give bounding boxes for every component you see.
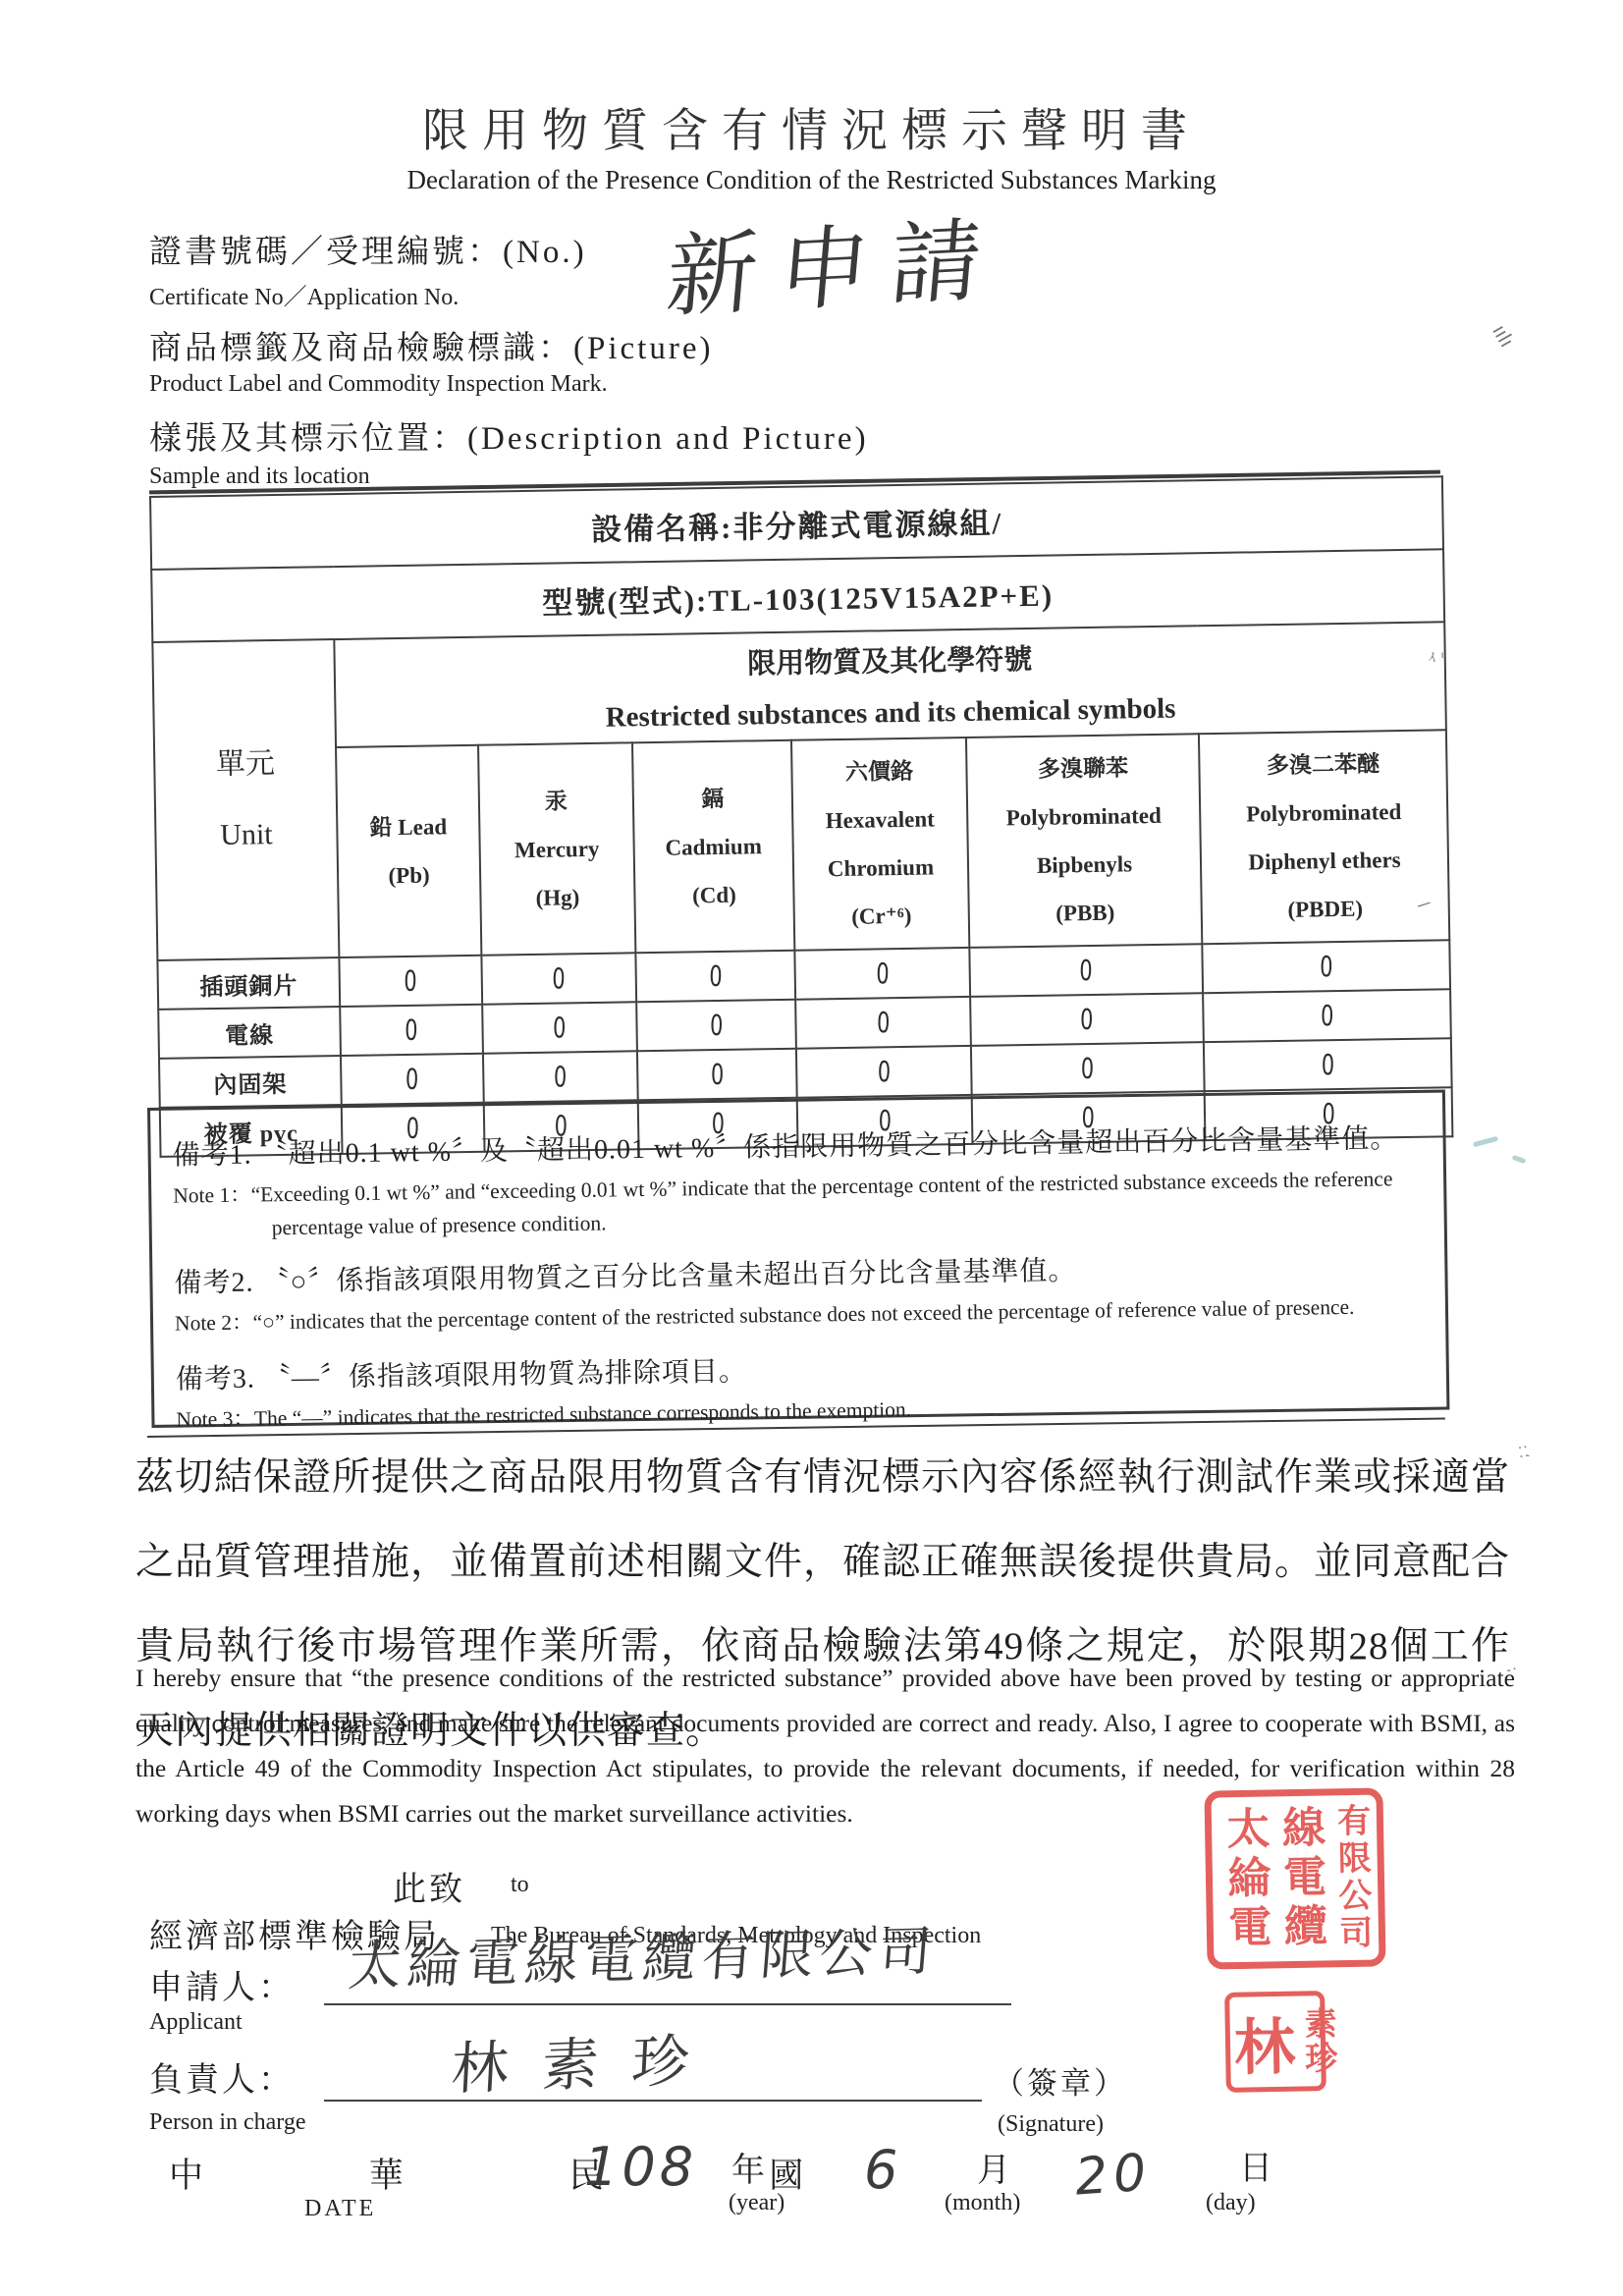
applicant-label-en: Applicant	[149, 2009, 243, 2036]
col-mercury-en: Mercury	[480, 824, 633, 874]
applicant-handwritten-value: 太綸電線電纜有限公司	[346, 1909, 941, 2000]
substances-header-cell: 限用物質及其化學符號 Restricted substances and its…	[334, 622, 1446, 747]
date-month-en: (month)	[945, 2190, 1020, 2216]
column-header-cadmium: 鎘 Cadmium (Cd)	[632, 740, 794, 954]
notes-box: 備考1. 〝超出0.1 wt %〞及〝超出0.01 wt %〞係指限用物質之百分…	[147, 1090, 1449, 1428]
column-header-hexavalent-chromium: 六價鉻 Hexavalent Chromium (Cr⁺⁶)	[791, 738, 969, 951]
cell-value: 0	[341, 1054, 484, 1105]
cell-value: 0	[636, 1000, 796, 1052]
column-header-mercury: 汞 Mercury (Hg)	[478, 742, 635, 955]
cell-value: 0	[796, 1046, 972, 1098]
row-label: 內固架	[159, 1056, 342, 1108]
zhizhi-label-zh: 此致	[393, 1862, 465, 1910]
col-mercury-zh: 汞	[480, 776, 633, 826]
sample-label-en: Sample and its location	[149, 464, 370, 490]
document-title-en: Declaration of the Presence Condition of…	[0, 165, 1623, 195]
sample-label-zh: 樣張及其標示位置：(Description and Picture)	[149, 412, 869, 459]
cell-value: 0	[340, 1005, 483, 1056]
cell-value: 0	[1204, 1038, 1452, 1091]
person-seal-left-chars: 素珍	[1294, 2006, 1341, 2076]
unit-label-zh: 單元	[155, 728, 336, 801]
company-seal-column-middle: 線電纜	[1277, 1805, 1324, 1953]
col-chromium-en: Hexavalent Chromium	[793, 794, 968, 894]
col-pbde-symbol: (PBDE)	[1202, 883, 1448, 935]
cell-value: 0	[1203, 989, 1451, 1042]
row-label: 電線	[158, 1007, 341, 1059]
person-in-charge-handwritten-value: 林素珍	[450, 2013, 725, 2105]
column-header-lead: 鉛 Lead (Pb)	[336, 745, 481, 957]
cell-value: 0	[971, 1042, 1205, 1095]
person-in-charge-label-en: Person in charge	[149, 2109, 306, 2136]
col-lead-symbol: (Pb)	[339, 850, 480, 901]
person-seal-right-char: 林	[1233, 1997, 1296, 2086]
person-signature-line	[324, 2100, 982, 2102]
note1-en: Note 1：“Exceeding 0.1 wt %” and “exceedi…	[173, 1162, 1427, 1246]
substances-header-zh: 限用物質及其化學符號	[335, 630, 1444, 688]
cell-value: 0	[635, 951, 795, 1003]
col-cadmium-zh: 鎘	[634, 773, 792, 824]
col-lead-name: 鉛 Lead	[338, 802, 479, 852]
company-seal-stamp: 有限公司 線電纜 太綸電	[1204, 1787, 1385, 1969]
zhizhi-label-en: to	[511, 1872, 529, 1898]
seal-label-zh: （簽章）	[994, 2058, 1127, 2103]
substances-header-en: Restricted substances and its chemical s…	[336, 688, 1444, 738]
stray-mark: ıılı	[1488, 320, 1519, 351]
date-year-zh: 年	[731, 2143, 768, 2191]
col-pbde-zh: 多溴二苯醚	[1200, 738, 1446, 791]
certificate-no-label-zh: 證書號碼／受理編號：(No.)	[149, 226, 587, 272]
col-pbb-en: Polybrominated Bipbenyls	[968, 791, 1201, 891]
company-seal-column-left: 有限公司	[1332, 1803, 1369, 1953]
seal-label-en: (Signature)	[998, 2111, 1104, 2138]
stray-mark: : ؛	[1515, 1444, 1533, 1459]
scanned-declaration-document: 限用物質含有情況標示聲明書 Declaration of the Presenc…	[0, 0, 1623, 2296]
col-chromium-zh: 六價鉻	[792, 746, 966, 797]
unit-header-cell: 單元 Unit	[152, 639, 339, 960]
cell-value: 0	[339, 956, 482, 1007]
cell-value: 0	[970, 993, 1204, 1046]
date-month-zh: 月	[977, 2143, 1013, 2191]
row-label: 插頭銅片	[157, 957, 340, 1010]
person-in-charge-label-zh: 負責人：	[149, 2052, 295, 2101]
col-cadmium-symbol: (Cd)	[635, 869, 793, 920]
product-label-zh: 商品標籤及商品檢驗標識：(Picture)	[149, 322, 713, 368]
col-cadmium-en: Cadmium	[634, 821, 792, 872]
cell-value: 0	[969, 944, 1203, 997]
col-pbb-symbol: (PBB)	[969, 887, 1201, 939]
cell-value: 0	[795, 997, 971, 1049]
date-month-handwritten: 6	[864, 2139, 897, 2201]
column-header-pbb: 多溴聯苯 Polybrominated Bipbenyls (PBB)	[966, 734, 1202, 948]
date-year-en: (year)	[729, 2190, 784, 2216]
cell-value: 0	[1202, 940, 1450, 993]
restricted-substances-table: 設備名稱:非分離式電源線組/ 型號(型式):TL-103(125V15A2P+E…	[149, 475, 1451, 1158]
col-mercury-symbol: (Hg)	[481, 872, 634, 922]
company-seal-column-right: 太綸電	[1221, 1806, 1268, 1954]
stray-mark	[1473, 1136, 1498, 1148]
applicant-label-zh: 申請人：	[149, 1960, 295, 2008]
column-header-pbde: 多溴二苯醚 Polybrominated Diphenyl ethers (PB…	[1199, 730, 1449, 944]
certificate-no-label-en: Certificate No／Application No.	[149, 277, 459, 311]
date-year-handwritten: 108	[584, 2136, 697, 2198]
cell-value: 0	[794, 948, 970, 1000]
col-chromium-symbol: (Cr⁺⁶)	[794, 891, 968, 942]
product-label-en: Product Label and Commodity Inspection M…	[149, 371, 608, 398]
col-pbde-en: Polybrominated Diphenyl ethers	[1201, 787, 1448, 887]
date-label-en: DATE	[304, 2196, 376, 2222]
stray-mark	[1512, 1155, 1527, 1164]
col-pbb-zh: 多溴聯苯	[967, 742, 1199, 794]
person-seal-stamp: 素珍 林	[1224, 1991, 1326, 2093]
cell-value: 0	[481, 953, 636, 1004]
unit-label-en: Unit	[156, 798, 337, 872]
date-day-en: (day)	[1206, 2190, 1256, 2216]
applicant-signature-line	[324, 2003, 1011, 2005]
date-day-handwritten: 20	[1073, 2143, 1154, 2207]
cell-value: 0	[637, 1049, 797, 1101]
date-day-zh: 日	[1239, 2141, 1275, 2189]
document-title-zh: 限用物質含有情況標示聲明書	[0, 94, 1623, 160]
certificate-no-handwritten-value: 新申請	[662, 188, 1008, 336]
cell-value: 0	[482, 1002, 637, 1053]
cell-value: 0	[483, 1051, 638, 1102]
